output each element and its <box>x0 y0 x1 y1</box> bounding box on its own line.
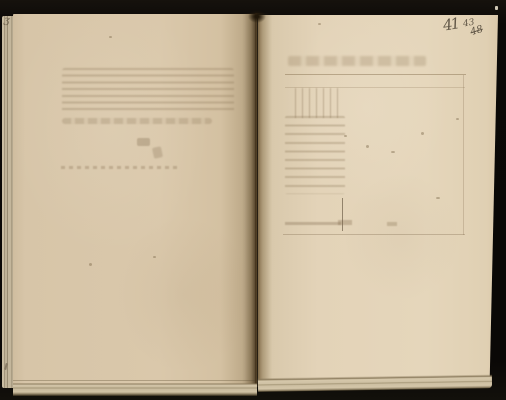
left-page-bottom-edge-stack <box>13 383 257 396</box>
printed-title-smudge <box>288 56 426 66</box>
left-page-center-mark <box>137 138 150 146</box>
table-column-lines <box>295 88 339 118</box>
left-page-bottom-crease <box>13 380 257 381</box>
table-bottom-row-entry <box>387 222 397 226</box>
corner-speck <box>495 6 498 10</box>
table-bottom-row-entry <box>338 220 352 225</box>
table-bottom-rule <box>283 234 465 235</box>
paper-speck <box>344 135 347 137</box>
right-page-bottom-edge-stack <box>258 374 492 392</box>
folio-number-struck-out: 48 <box>469 24 484 38</box>
folio-number-primary: 41 <box>442 14 460 34</box>
paper-speck <box>318 23 321 25</box>
gutter-top-shadow <box>248 10 266 23</box>
left-page-showthrough-line <box>62 118 212 124</box>
table-bottom-row-entry <box>285 222 341 225</box>
paper-speck <box>436 197 440 199</box>
paper-speck <box>109 36 112 38</box>
left-page <box>13 14 257 388</box>
paper-speck <box>456 118 459 120</box>
paper-speck <box>391 151 395 153</box>
title-underline-rule <box>285 74 466 75</box>
left-page-center-mark-2 <box>152 146 163 159</box>
paper-speck <box>153 256 156 258</box>
table-vertical-line <box>342 198 343 231</box>
paper-speck <box>89 263 92 266</box>
paper-speck <box>366 145 369 148</box>
book-photo: ʒ 41 43 <box>0 0 506 400</box>
right-page <box>258 15 498 384</box>
left-page-faint-dotted-line <box>61 166 181 169</box>
table-right-border <box>463 75 464 235</box>
table-row-entries <box>285 116 345 194</box>
paper-speck <box>421 132 424 135</box>
left-page-showthrough-text <box>62 68 234 115</box>
